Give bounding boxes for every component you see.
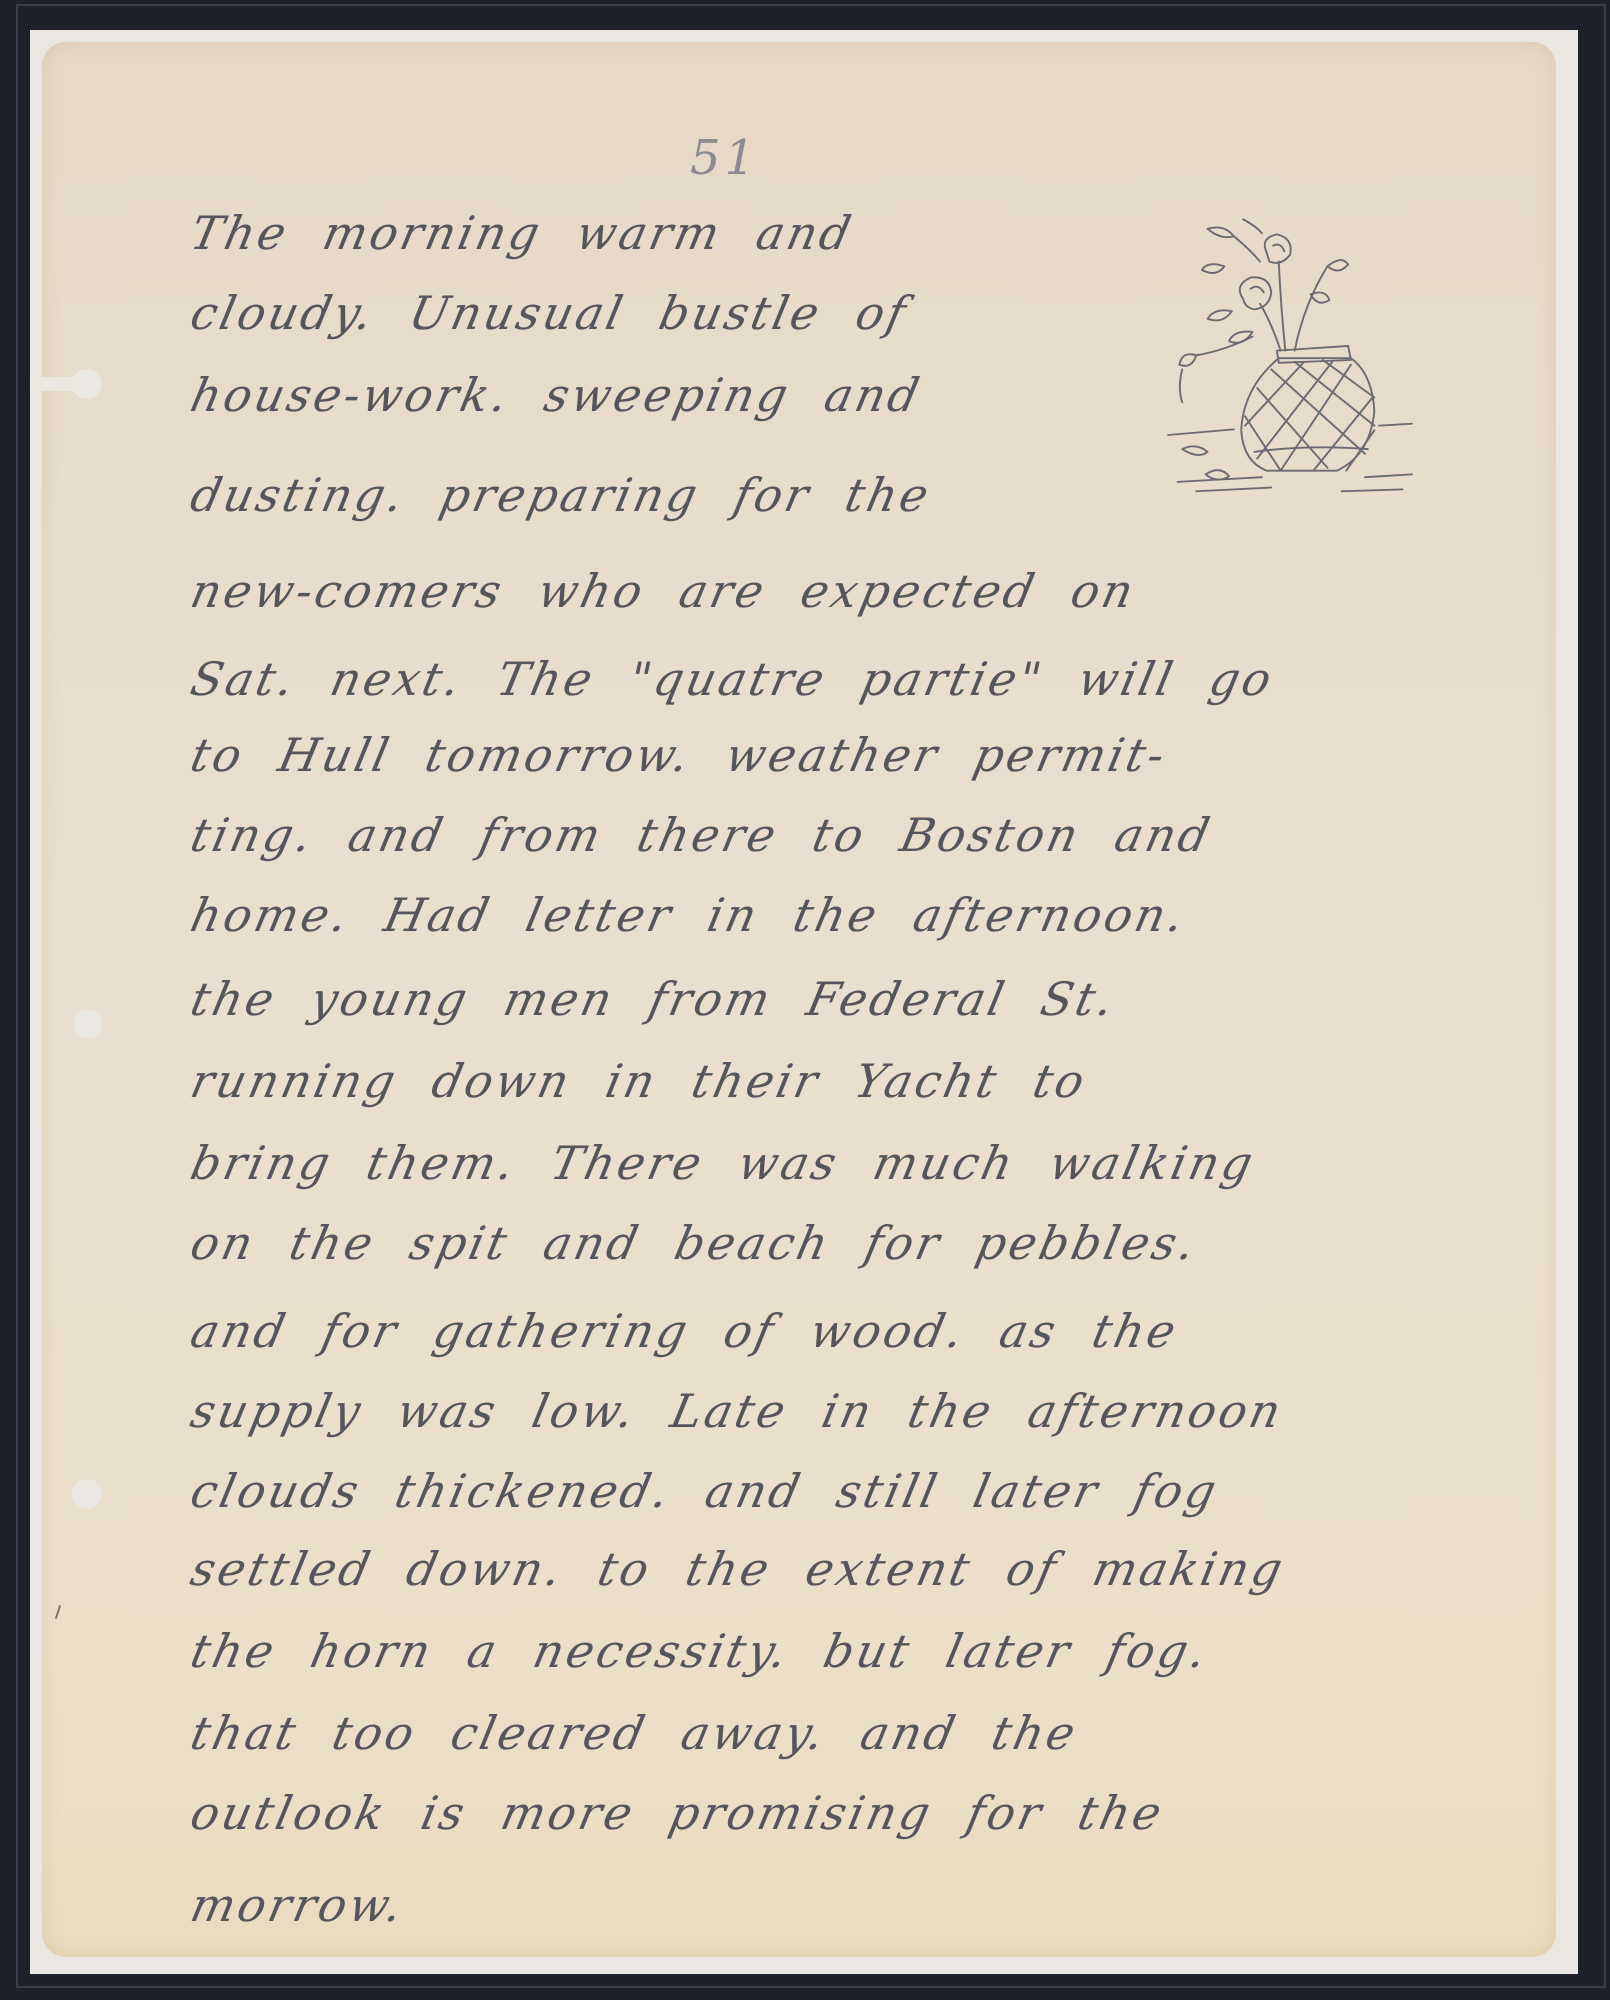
punch-hole-top [72,369,102,399]
text-line: morrow. [186,1878,410,1932]
text-line: Sat. next. The "quatre partie" will go [186,652,1279,706]
text-line: to Hull tomorrow. weather permit- [186,728,1172,782]
text-line: ting. and from there to Boston and [186,808,1217,862]
text-line: cloudy. Unusual bustle of [186,286,913,340]
text-line: clouds thickened. and still later fog [186,1464,1224,1518]
text-line: the young men from Federal St. [186,972,1121,1026]
text-line: settled down. to the extent of making [186,1542,1290,1596]
punch-hole-bottom [72,1479,102,1509]
text-line: dusting. preparing for the [186,468,936,522]
text-line: supply was low. Late in the afternoon [186,1384,1289,1438]
text-line: the horn a necessity. but later fog. [186,1624,1214,1678]
text-line: that too cleared away. and the [186,1706,1083,1760]
punch-hole-middle [73,1009,103,1039]
text-line: bring them. There was much walking [186,1136,1260,1190]
text-line: outlook is more promising for the [186,1786,1169,1840]
vase-with-roses-sketch-icon [1140,210,1440,510]
text-line: running down in their Yacht to [186,1054,1092,1108]
text-line: The morning warm and [186,206,858,260]
text-line: new-comers who are expected on [186,564,1141,618]
text-line: on the spit and beach for pebbles. [186,1216,1203,1270]
text-line: and for gathering of wood. as the [186,1304,1183,1358]
text-line: house-work. sweeping and [186,368,927,422]
page-number: 51 [690,130,759,186]
text-line: home. Had letter in the afternoon. [186,888,1192,942]
